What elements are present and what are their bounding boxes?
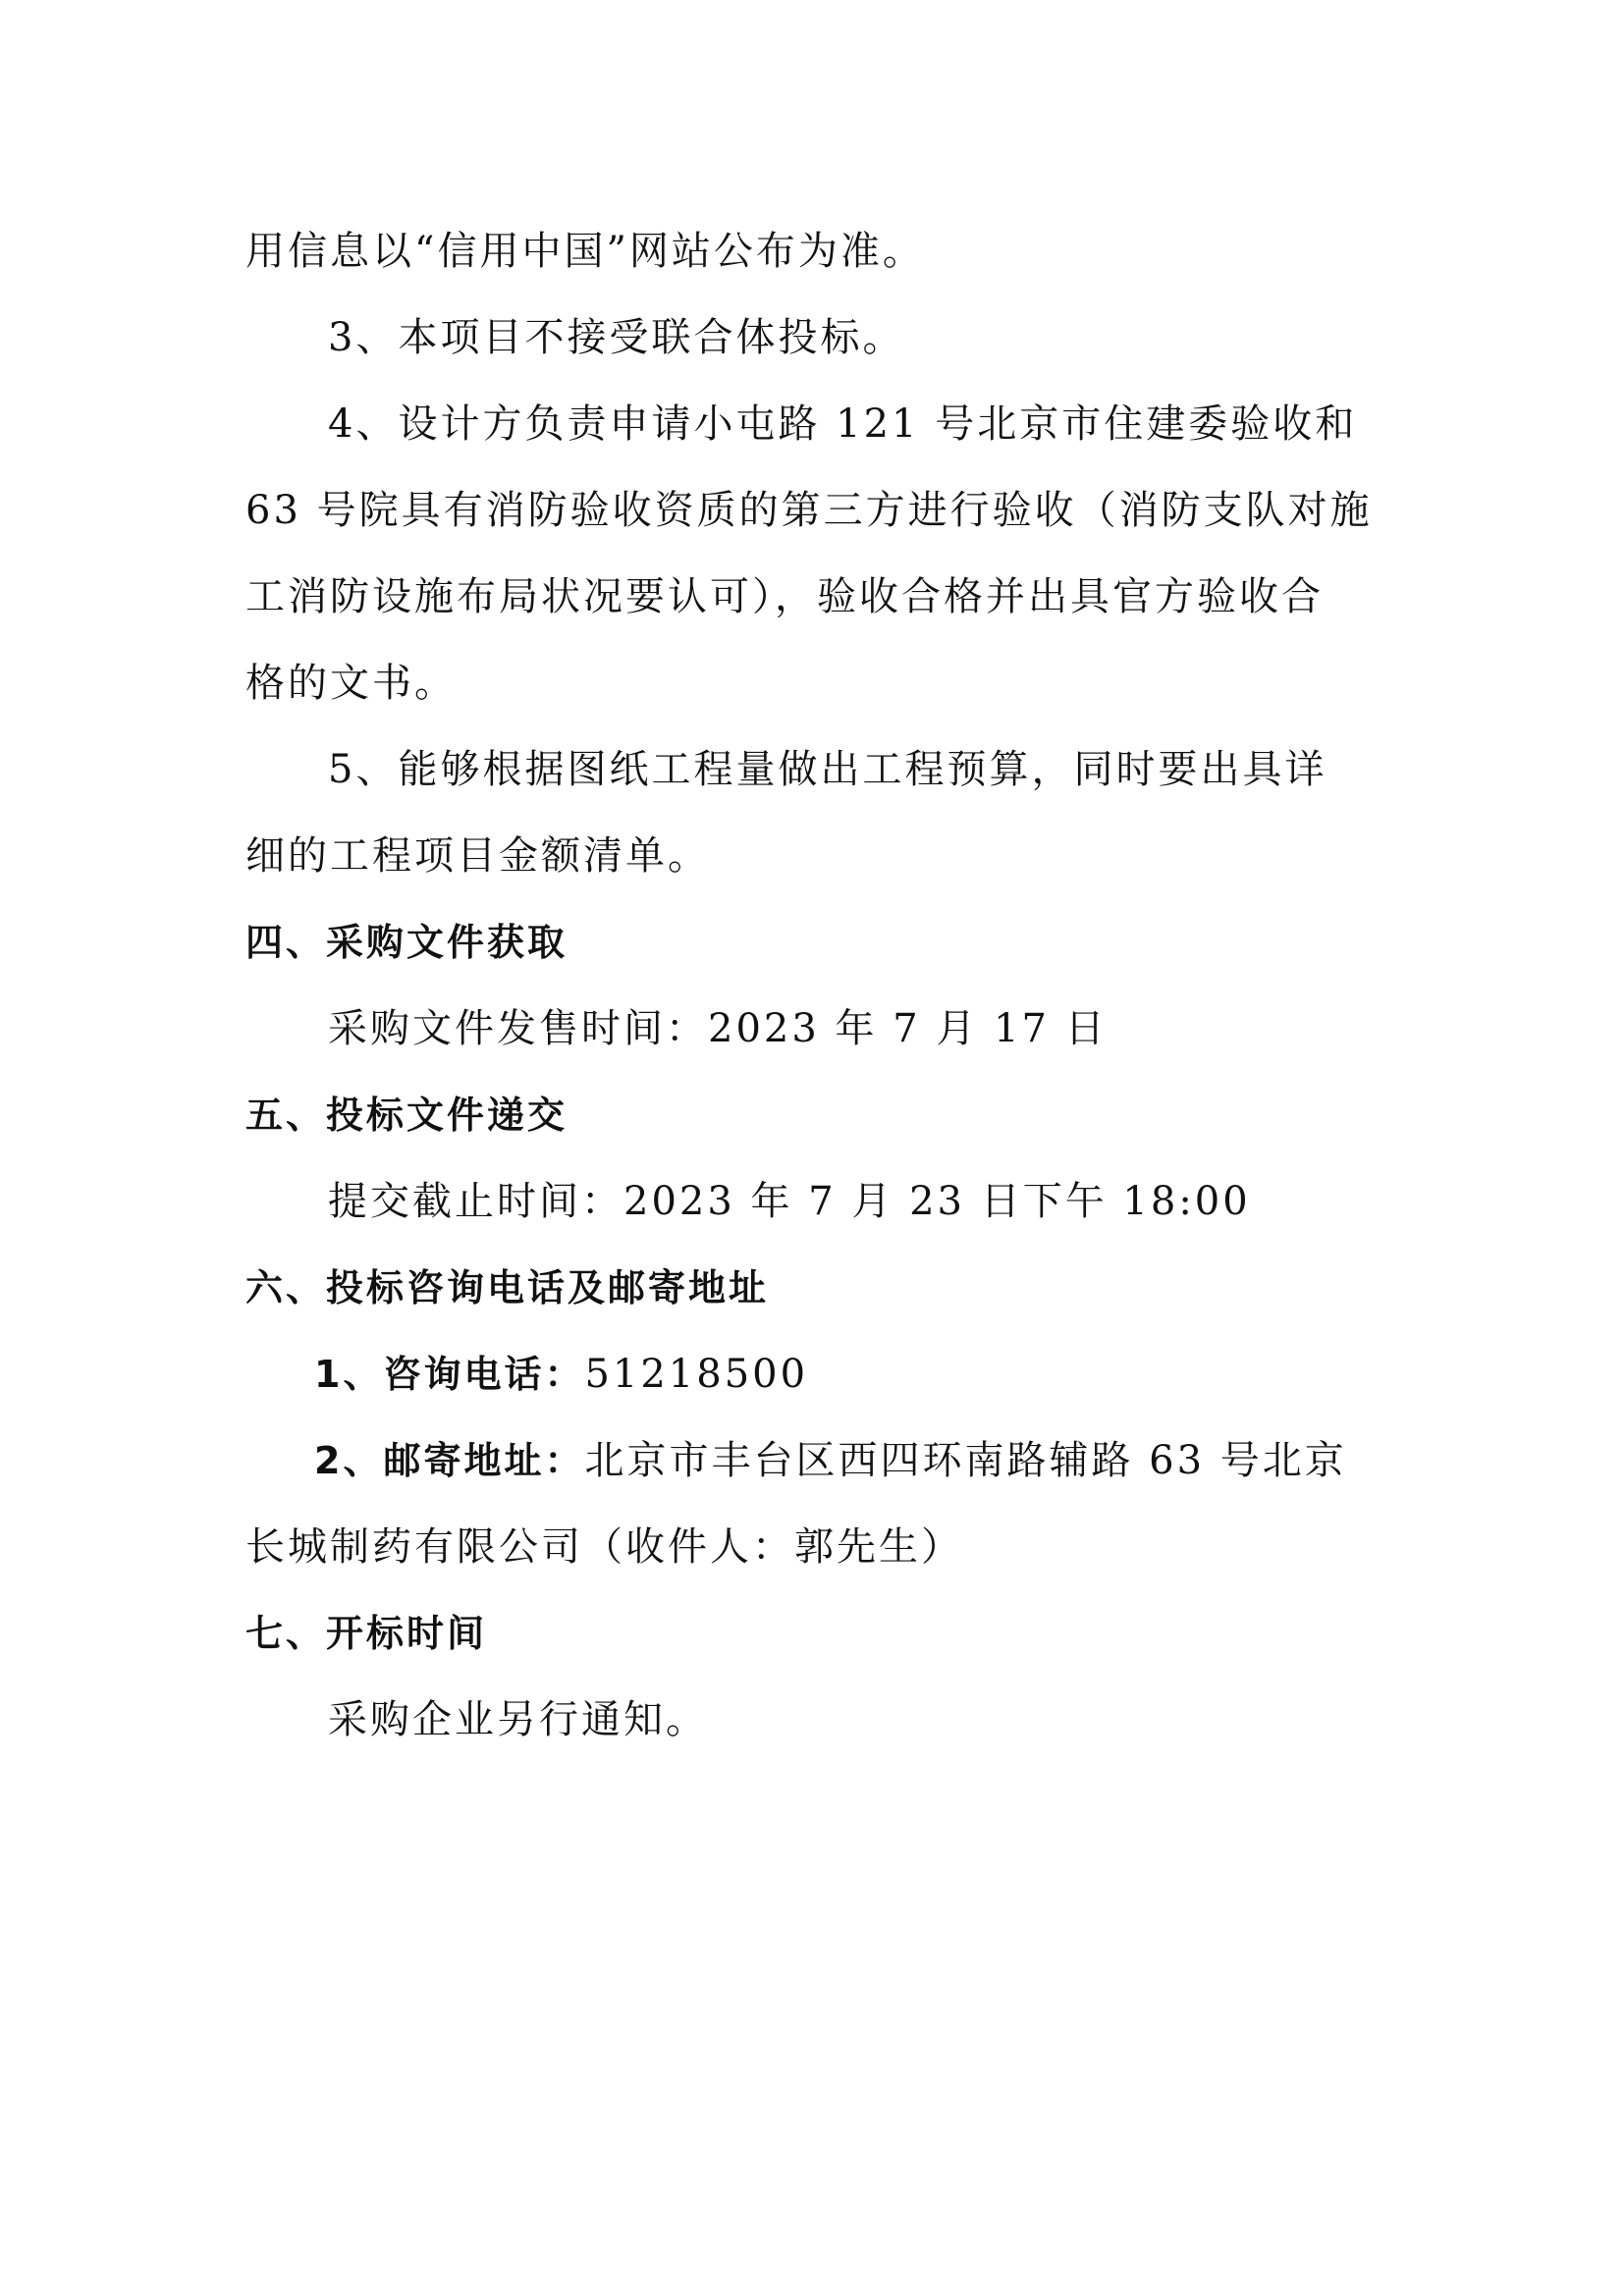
item-4-line-3: 工消防设施布局状况要认可），验收合格并出具官方验收合 (245, 554, 1384, 640)
section-4-heading: 四、采购文件获取 (245, 899, 1384, 986)
item-4-line-1: 4、设计方负责申请小屯路 121 号北京市住建委验收和 (245, 381, 1384, 467)
section-7-heading: 七、开标时间 (245, 1590, 1384, 1677)
address-line-2: 长城制药有限公司（收件人：郭先生） (245, 1504, 1384, 1590)
section-5-heading: 五、投标文件递交 (245, 1072, 1384, 1158)
section-7-text: 采购企业另行通知。 (245, 1677, 1384, 1763)
section-4-text: 采购文件发售时间：2023 年 7 月 17 日 (245, 986, 1384, 1072)
paragraph-continuation: 用信息以“信用中国”网站公布为准。 (245, 208, 1384, 294)
item-5-line-2: 细的工程项目金额清单。 (245, 813, 1384, 899)
document-page: 用信息以“信用中国”网站公布为准。 3、本项目不接受联合体投标。 4、设计方负责… (245, 208, 1384, 1763)
item-5-line-1: 5、能够根据图纸工程量做出工程预算，同时要出具详 (245, 726, 1384, 813)
address-value: 北京市丰台区西四环南路辅路 63 号北京 (584, 1438, 1346, 1483)
section-6-heading: 六、投标咨询电话及邮寄地址 (245, 1245, 1384, 1331)
item-3: 3、本项目不接受联合体投标。 (245, 294, 1384, 381)
phone-line: 1、咨询电话：51218500 (245, 1331, 1384, 1417)
item-4-line-4: 格的文书。 (245, 640, 1384, 726)
item-4-line-2: 63 号院具有消防验收资质的第三方进行验收（消防支队对施 (245, 467, 1384, 554)
phone-value: 51218500 (584, 1352, 808, 1397)
section-5-text: 提交截止时间：2023 年 7 月 23 日下午 18:00 (245, 1158, 1384, 1245)
address-line-1: 2、邮寄地址：北京市丰台区西四环南路辅路 63 号北京 (245, 1417, 1384, 1504)
address-label: 2、邮寄地址： (314, 1439, 584, 1482)
phone-label: 1、咨询电话： (314, 1353, 584, 1396)
